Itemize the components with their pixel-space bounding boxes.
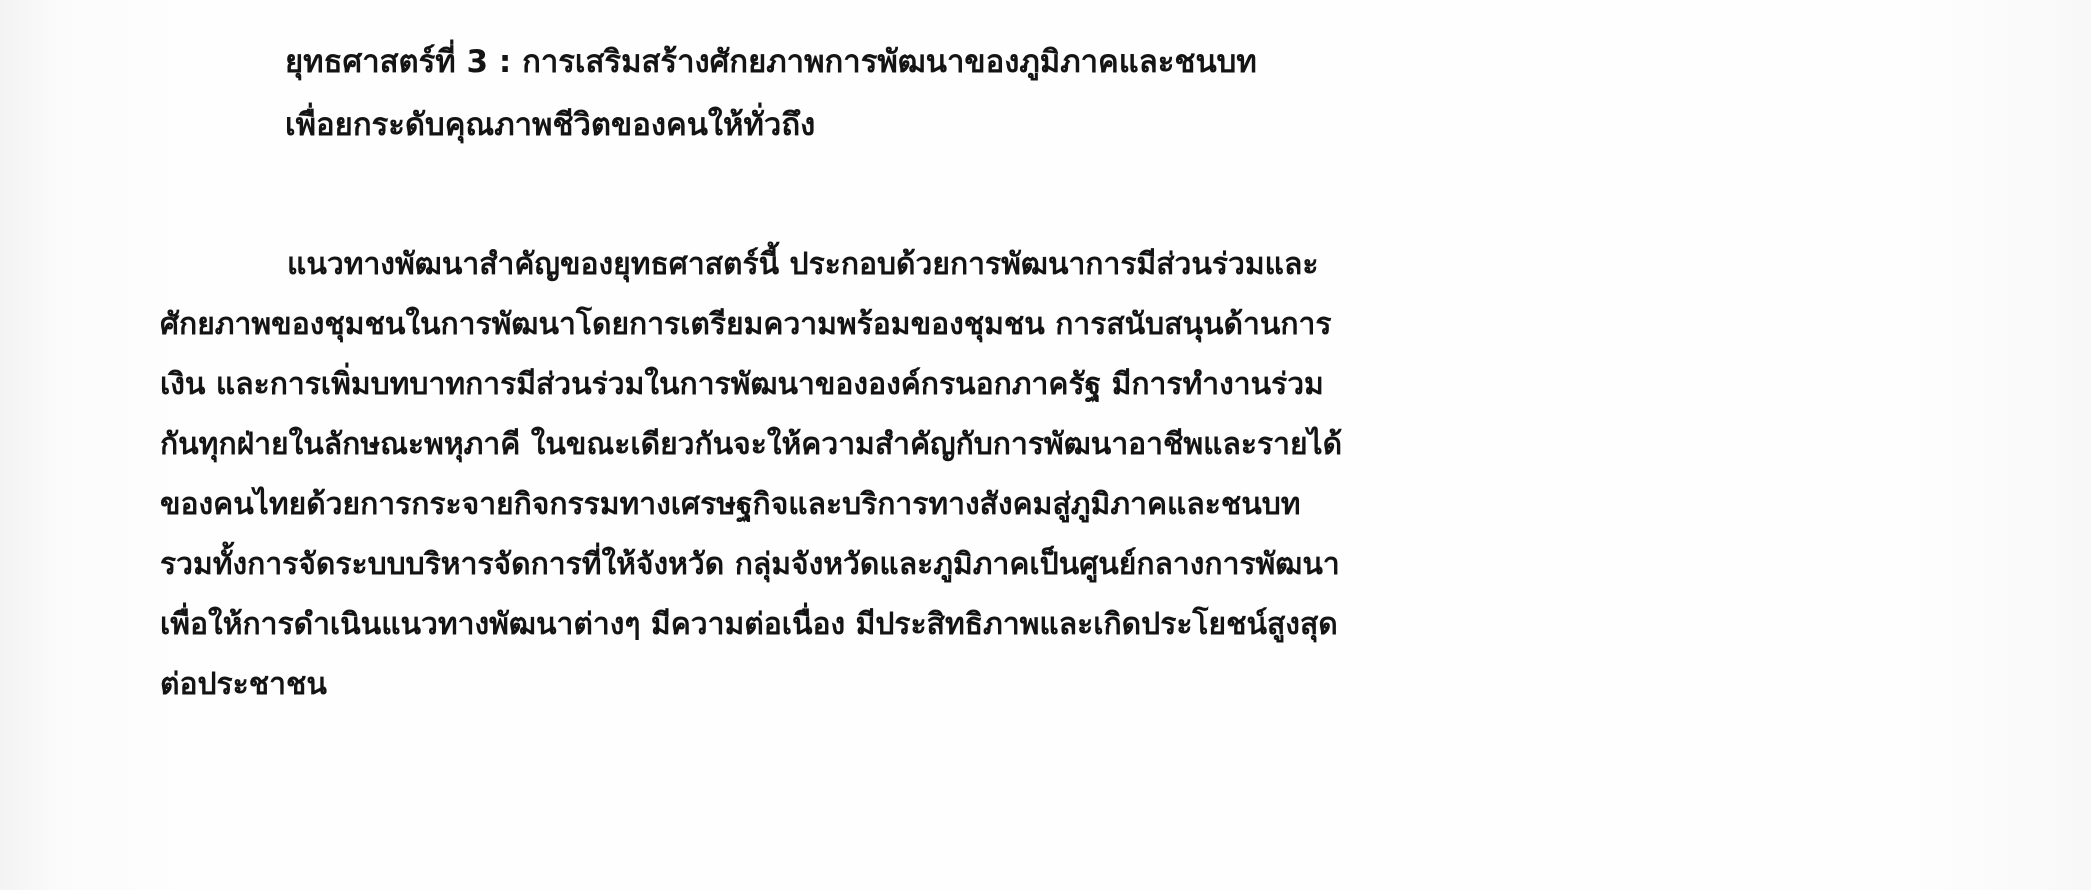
paragraph-line-7: เพื่อให้การดำเนินแนวทางพัฒนาต่างๆ มีความ… <box>160 603 1338 647</box>
paragraph-line-4: กันทุกฝ่ายในลักษณะพหุภาคี ในขณะเดียวกันจ… <box>160 423 1342 467</box>
paragraph-line-8: ต่อประชาชน <box>160 663 327 707</box>
paragraph-line-3: เงิน และการเพิ่มบทบาทการมีส่วนร่วมในการพ… <box>160 363 1324 407</box>
paragraph-line-2: ศักยภาพของชุมชนในการพัฒนาโดยการเตรียมควา… <box>160 303 1331 347</box>
paragraph-line-1: แนวทางพัฒนาสำคัญของยุทธศาสตร์นี้ ประกอบด… <box>287 243 1318 287</box>
paragraph-line-6: รวมทั้งการจัดระบบบริหารจัดการที่ให้จังหว… <box>160 543 1340 587</box>
paragraph-line-5: ของคนไทยด้วยการกระจายกิจกรรมทางเศรษฐกิจแ… <box>160 483 1301 527</box>
heading-line-1: ยุทธศาสตร์ที่ 3 : การเสริมสร้างศักยภาพกา… <box>285 40 1257 84</box>
heading-line-2: เพื่อยกระดับคุณภาพชีวิตของคนให้ทั่วถึง <box>285 103 815 147</box>
scanned-document-page: ยุทธศาสตร์ที่ 3 : การเสริมสร้างศักยภาพกา… <box>0 0 2091 890</box>
